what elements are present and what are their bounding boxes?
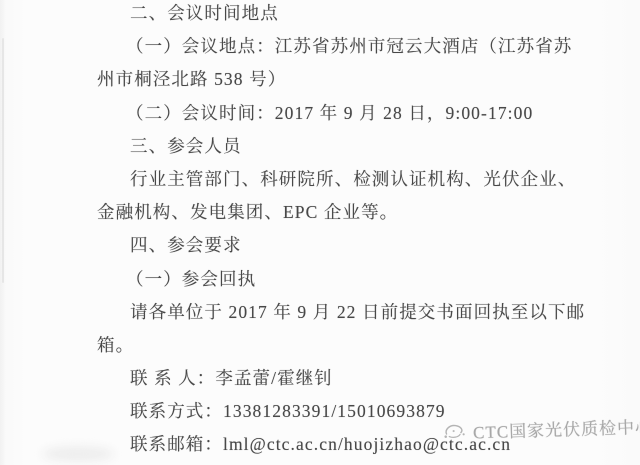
section-2-heading: 二、会议时间地点 — [97, 0, 627, 30]
receipt-instruction-line-1: 请各单位于 2017 年 9 月 22 日前提交书面回执至以下邮 — [97, 296, 627, 329]
section-4-heading: 四、参会要求 — [97, 229, 627, 262]
attendees-line-2: 金融机构、发电集团、EPC 企业等。 — [97, 196, 627, 229]
subsection-receipt-heading: （一）参会回执 — [97, 263, 627, 296]
meeting-location-line-2: 州市桐泾北路 538 号） — [97, 63, 627, 96]
meeting-time-line: （二）会议时间：2017 年 9 月 28 日，9:00-17:00 — [97, 97, 627, 130]
meeting-location-line-1: （一）会议地点：江苏省苏州市冠云大酒店（江苏省苏 — [97, 30, 627, 63]
section-3-heading: 三、参会人员 — [97, 130, 627, 163]
document-body: 二、会议时间地点 （一）会议地点：江苏省苏州市冠云大酒店（江苏省苏 州市桐泾北路… — [97, 0, 627, 462]
ctc-logo-icon — [441, 420, 469, 443]
watermark-text: CTC国家光伏质检中心 — [473, 413, 640, 444]
contact-person-line: 联 系 人：李孟蕾/霍继钊 — [97, 362, 627, 395]
scanned-document-page: 二、会议时间地点 （一）会议地点：江苏省苏州市冠云大酒店（江苏省苏 州市桐泾北路… — [0, 0, 640, 465]
attendees-line-1: 行业主管部门、科研院所、检测认证机构、光伏企业、 — [97, 163, 627, 196]
scan-crease-artifact — [2, 38, 4, 283]
receipt-instruction-line-2: 箱。 — [97, 329, 627, 362]
